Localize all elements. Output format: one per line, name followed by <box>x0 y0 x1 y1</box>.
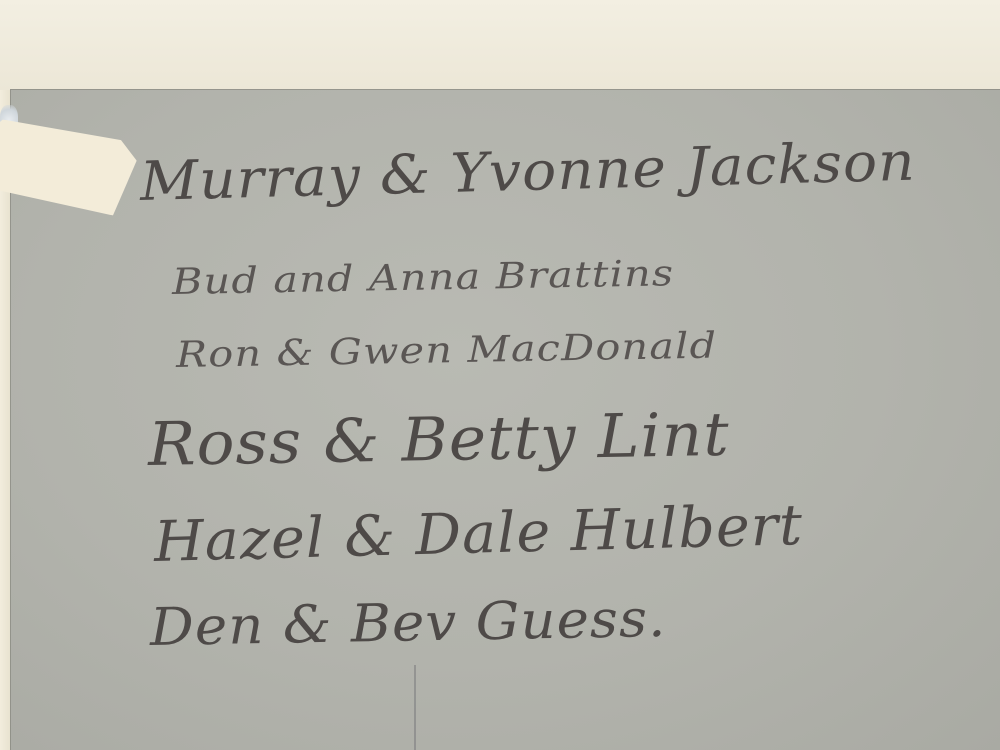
handwritten-name-line: Den & Bev Guess. <box>149 589 666 658</box>
cream-mat-top <box>0 0 1000 90</box>
handwritten-name-line: Ross & Betty Lint <box>147 400 730 480</box>
pencil-mark <box>414 665 416 750</box>
handwritten-name-line: Bud and Anna Brattins <box>172 253 675 303</box>
